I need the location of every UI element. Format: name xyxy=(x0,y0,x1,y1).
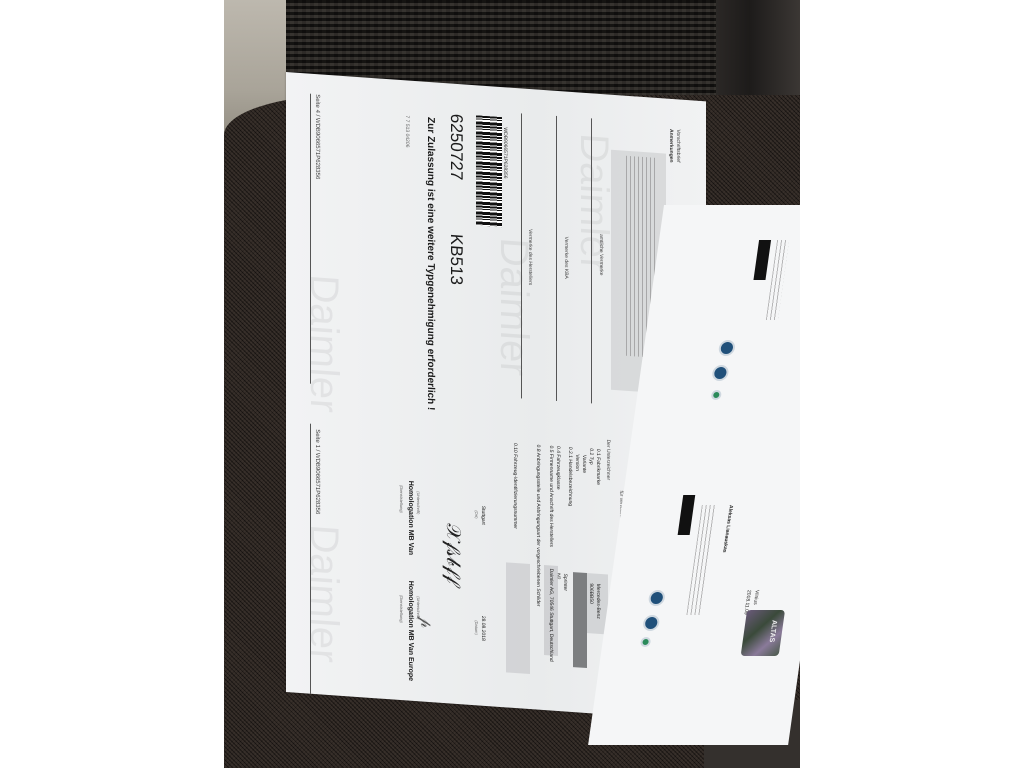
signature-1: 𝒳𝒻𝓈𝒷𝒻𝒻 xyxy=(442,523,466,585)
item-number: 0.2.1 xyxy=(567,447,573,459)
value-type: 906BB50 xyxy=(588,583,594,604)
watermark-daimler: Daimler xyxy=(301,273,346,414)
seal-icon xyxy=(718,340,736,356)
place: Stuttgart xyxy=(480,506,486,525)
signatory-1: Homologation MB Van xyxy=(407,480,414,555)
item-label: Anbringungsstelle und Anbringungsart der… xyxy=(535,452,541,606)
item-0-8: 0.8 Anbringungsstelle und Anbringungsart… xyxy=(535,444,541,606)
registration-notice: Zur Zulassung ist eine weitere Typgenehm… xyxy=(425,117,436,411)
item-label: Fahrzeugklasse xyxy=(555,454,561,490)
place-label: (Ort) xyxy=(474,510,479,519)
remarks-label: Anmerkungen xyxy=(668,129,674,163)
undersigned-label: Der Unterzeichner xyxy=(605,439,611,480)
item-label: Typ xyxy=(588,456,594,464)
altas-place: Vilnius xyxy=(752,590,760,605)
item-version: Version xyxy=(574,454,580,471)
vin-block xyxy=(506,562,530,674)
item-number: 0.8 xyxy=(535,444,541,451)
altas-signatory: Aleksas Lianauskas xyxy=(721,505,734,553)
item-variant: Variante xyxy=(581,455,587,474)
date-label: (Datum) xyxy=(474,620,479,635)
divider-line xyxy=(521,113,522,398)
item-label: Fahrzeug-Identifizierungsnummer xyxy=(512,454,518,529)
item-number: 0.5 xyxy=(548,445,554,452)
value-manufacturer: Daimler AG, 70546 Stuttgart, Deutschland xyxy=(548,568,554,662)
hologram-sticker xyxy=(741,610,785,656)
item-number: 0.2 xyxy=(588,448,594,455)
item-0-4: 0.4 Fahrzeugklasse xyxy=(555,446,561,490)
manufacturer-notes-label: Vermerke des Herstellers xyxy=(527,229,533,286)
radiator-frame xyxy=(716,0,800,110)
photo-scene: Daimler Daimler Daimler Daimler Seite 4 … xyxy=(224,0,800,768)
footer-page-1: Seite 1 / WDB9066571P628356 xyxy=(314,429,320,514)
seal-icon xyxy=(711,390,722,400)
watermark-daimler: Daimler xyxy=(301,523,346,664)
value-make: Mercedes-Benz xyxy=(595,584,601,619)
value-trade-name: Sprinter xyxy=(562,573,568,591)
footer-line xyxy=(310,424,311,694)
footer-line xyxy=(310,94,311,384)
item-number: 0.1 xyxy=(595,449,601,456)
item-0-2-1: 0.2.1 Handelsbezeichnung xyxy=(567,447,573,507)
remarks-heading: Vorschriftsbrief xyxy=(675,129,681,162)
seal-icon xyxy=(648,590,666,606)
barcode-label: WDB9066571P628356 xyxy=(502,127,508,179)
document-number: 6250727 xyxy=(446,113,466,181)
item-label: Firmenname und Anschrift des Herstellers xyxy=(548,454,554,548)
item-0-1: 0.1 Fabrikmarke xyxy=(595,449,601,486)
position-label: (Dienststellung) xyxy=(399,595,404,623)
black-label xyxy=(678,495,696,535)
item-label: Handelsbezeichnung xyxy=(567,459,573,506)
date: 28.08.2018 xyxy=(480,616,486,641)
signature-label: (Unterschrift) xyxy=(416,491,421,514)
signatory-2: Homologation MB Van Europe xyxy=(407,580,414,681)
watermark-daimler: Daimler xyxy=(571,132,616,273)
item-number: 0.4 xyxy=(555,446,561,453)
item-label: Fabrikmarke xyxy=(595,457,601,485)
document-code: KB513 xyxy=(446,233,466,285)
value-variant-block xyxy=(573,572,587,668)
signature-label: (Unterschrift) xyxy=(416,596,421,619)
official-notes-label: amtliche Vermerke xyxy=(598,234,604,276)
item-0-10: 0.10 Fahrzeug-Identifizierungsnummer xyxy=(512,443,518,529)
divider-line xyxy=(591,118,592,403)
item-0-5: 0.5 Firmenname und Anschrift des Herstel… xyxy=(548,445,554,547)
item-number: 0.10 xyxy=(512,443,518,453)
seal-icon xyxy=(642,615,660,631)
seal-icon xyxy=(640,637,651,647)
seal-icon xyxy=(711,365,729,381)
footer-page-4: Seite 4 / WDB9066571P628356 xyxy=(314,94,320,179)
divider-line xyxy=(556,116,557,401)
position-label: (Dienststellung) xyxy=(399,485,404,513)
black-label xyxy=(753,240,771,280)
small-reference: 7 7 513 04206 xyxy=(404,115,410,147)
item-0-2: 0.2 Typ xyxy=(588,448,594,465)
kba-notes-label: Vermerke des KBA xyxy=(563,236,569,279)
barcode xyxy=(476,115,502,227)
